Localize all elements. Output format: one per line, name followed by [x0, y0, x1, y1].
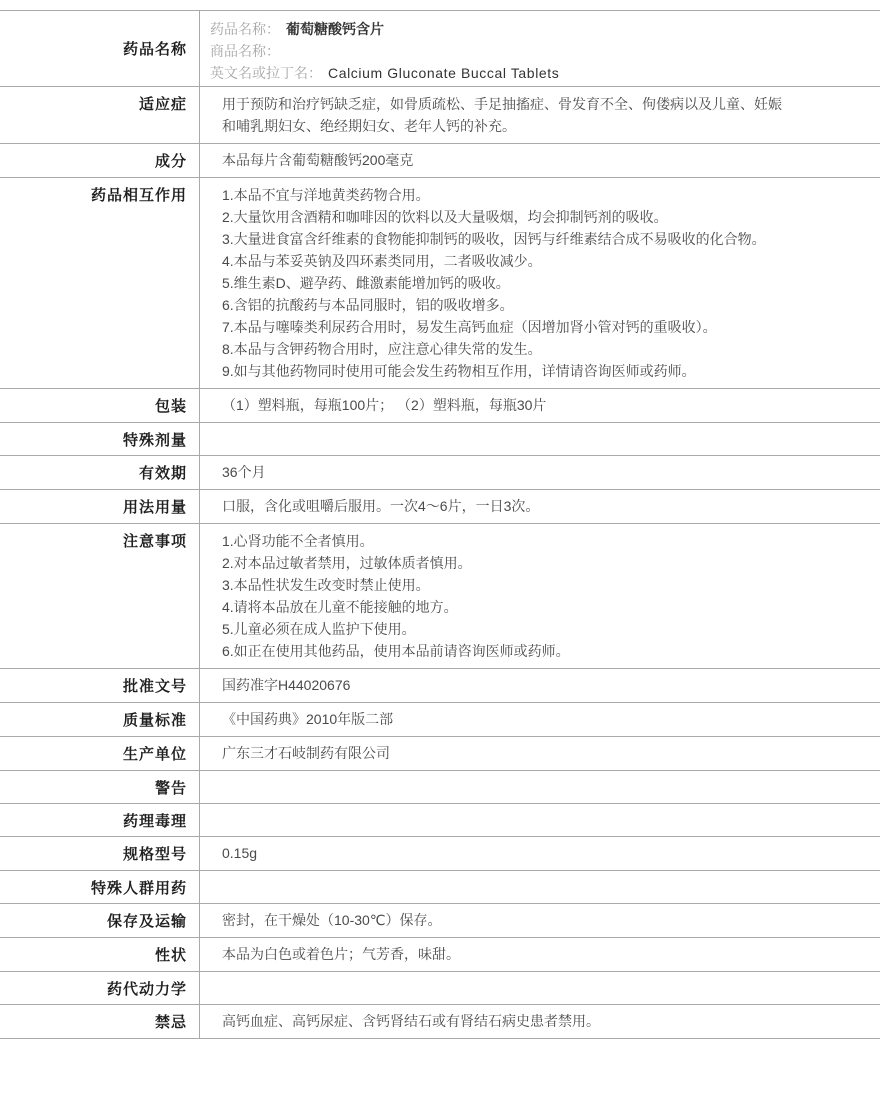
row-label: 有效期 — [0, 456, 200, 489]
table-row-quality-standard: 质量标准 《中国药典》2010年版二部 — [0, 703, 880, 737]
drug-info-page: 药品名称 药品名称：葡萄糖酸钙含片 商品名称： 英文名或拉丁名：Calcium … — [0, 0, 880, 1110]
row-label: 注意事项 — [0, 524, 200, 668]
row-content: 0.15g — [200, 837, 880, 870]
row-content: 本品为白色或着色片；气芳香，味甜。 — [200, 938, 880, 971]
row-label: 性状 — [0, 938, 200, 971]
row-label: 药理毒理 — [0, 804, 200, 836]
row-label: 用法用量 — [0, 490, 200, 523]
row-content: 1.本品不宜与洋地黄类药物合用。 2.大量饮用含酒精和咖啡因的饮料以及大量吸烟，… — [200, 178, 880, 388]
table-row-manufacturer: 生产单位 广东三才石岐制药有限公司 — [0, 737, 880, 771]
field-key-trade-name: 商品名称： — [210, 43, 280, 59]
table-row-indications: 适应症 用于预防和治疗钙缺乏症，如骨质疏松、手足抽搐症、骨发育不全、佝偻病以及儿… — [0, 87, 880, 144]
row-content: （1）塑料瓶，每瓶100片； （2）塑料瓶，每瓶30片 — [200, 389, 880, 422]
row-content — [200, 804, 880, 836]
row-content: 本品每片含葡萄糖酸钙200毫克 — [200, 144, 880, 177]
table-row-storage-transport: 保存及运输 密封，在干燥处（10-30℃）保存。 — [0, 904, 880, 938]
english-name-line: 英文名或拉丁名：Calcium Gluconate Buccal Tablets — [210, 62, 860, 84]
row-content — [200, 771, 880, 803]
row-label: 包装 — [0, 389, 200, 422]
table-row-contraindications: 禁忌 高钙血症、高钙尿症、含钙肾结石或有肾结石病史患者禁用。 — [0, 1005, 880, 1039]
row-content: 用于预防和治疗钙缺乏症，如骨质疏松、手足抽搐症、骨发育不全、佝偻病以及儿童、妊娠… — [200, 87, 880, 143]
row-content: 密封，在干燥处（10-30℃）保存。 — [200, 904, 880, 937]
drug-info-table: 药品名称 药品名称：葡萄糖酸钙含片 商品名称： 英文名或拉丁名：Calcium … — [0, 10, 880, 1039]
row-label-text: 药品名称 — [123, 38, 187, 59]
row-content: 药品名称：葡萄糖酸钙含片 商品名称： 英文名或拉丁名：Calcium Gluco… — [200, 11, 880, 86]
field-value-drug-name: 葡萄糖酸钙含片 — [286, 21, 384, 37]
table-row-appearance: 性状 本品为白色或着色片；气芳香，味甜。 — [0, 938, 880, 972]
table-row-packaging: 包装 （1）塑料瓶，每瓶100片； （2）塑料瓶，每瓶30片 — [0, 389, 880, 423]
row-content — [200, 871, 880, 903]
row-label: 特殊人群用药 — [0, 871, 200, 903]
trade-name-line: 商品名称： — [210, 40, 860, 62]
row-label: 禁忌 — [0, 1005, 200, 1038]
table-row-warning: 警告 — [0, 771, 880, 804]
field-value-english-name: Calcium Gluconate Buccal Tablets — [328, 65, 559, 81]
table-row-usage-dosage: 用法用量 口服，含化或咀嚼后服用。一次4～6片，一日3次。 — [0, 490, 880, 524]
row-content: 口服，含化或咀嚼后服用。一次4～6片，一日3次。 — [200, 490, 880, 523]
row-label: 批准文号 — [0, 669, 200, 702]
table-row-shelf-life: 有效期 36个月 — [0, 456, 880, 490]
table-row-special-dosage: 特殊剂量 — [0, 423, 880, 456]
row-content: 国药准字H44020676 — [200, 669, 880, 702]
table-row-pharmacology-toxicology: 药理毒理 — [0, 804, 880, 837]
table-row-special-populations: 特殊人群用药 — [0, 871, 880, 904]
table-row-interactions: 药品相互作用 1.本品不宜与洋地黄类药物合用。 2.大量饮用含酒精和咖啡因的饮料… — [0, 178, 880, 389]
field-key-drug-name: 药品名称： — [210, 21, 280, 37]
row-label: 特殊剂量 — [0, 423, 200, 455]
table-row-precautions: 注意事项 1.心肾功能不全者慎用。 2.对本品过敏者禁用，过敏体质者慎用。 3.… — [0, 524, 880, 669]
row-content — [200, 972, 880, 1004]
row-label: 保存及运输 — [0, 904, 200, 937]
row-label: 药代动力学 — [0, 972, 200, 1004]
table-row-pharmacokinetics: 药代动力学 — [0, 972, 880, 1005]
row-label: 警告 — [0, 771, 200, 803]
drug-name-line: 药品名称：葡萄糖酸钙含片 — [210, 18, 860, 40]
row-label: 质量标准 — [0, 703, 200, 736]
row-label: 成分 — [0, 144, 200, 177]
row-content: 1.心肾功能不全者慎用。 2.对本品过敏者禁用，过敏体质者慎用。 3.本品性状发… — [200, 524, 880, 668]
row-label: 药品名称 — [0, 11, 200, 86]
row-label: 适应症 — [0, 87, 200, 143]
table-row-ingredients: 成分 本品每片含葡萄糖酸钙200毫克 — [0, 144, 880, 178]
row-content: 高钙血症、高钙尿症、含钙肾结石或有肾结石病史患者禁用。 — [200, 1005, 880, 1038]
row-content: 广东三才石岐制药有限公司 — [200, 737, 880, 770]
row-content — [200, 423, 880, 455]
row-label: 生产单位 — [0, 737, 200, 770]
row-label: 规格型号 — [0, 837, 200, 870]
field-key-english-name: 英文名或拉丁名： — [210, 65, 322, 81]
row-content: 36个月 — [200, 456, 880, 489]
row-content: 《中国药典》2010年版二部 — [200, 703, 880, 736]
table-row-specification: 规格型号 0.15g — [0, 837, 880, 871]
table-row-approval-number: 批准文号 国药准字H44020676 — [0, 669, 880, 703]
row-label: 药品相互作用 — [0, 178, 200, 388]
table-row-drug-name: 药品名称 药品名称：葡萄糖酸钙含片 商品名称： 英文名或拉丁名：Calcium … — [0, 11, 880, 87]
